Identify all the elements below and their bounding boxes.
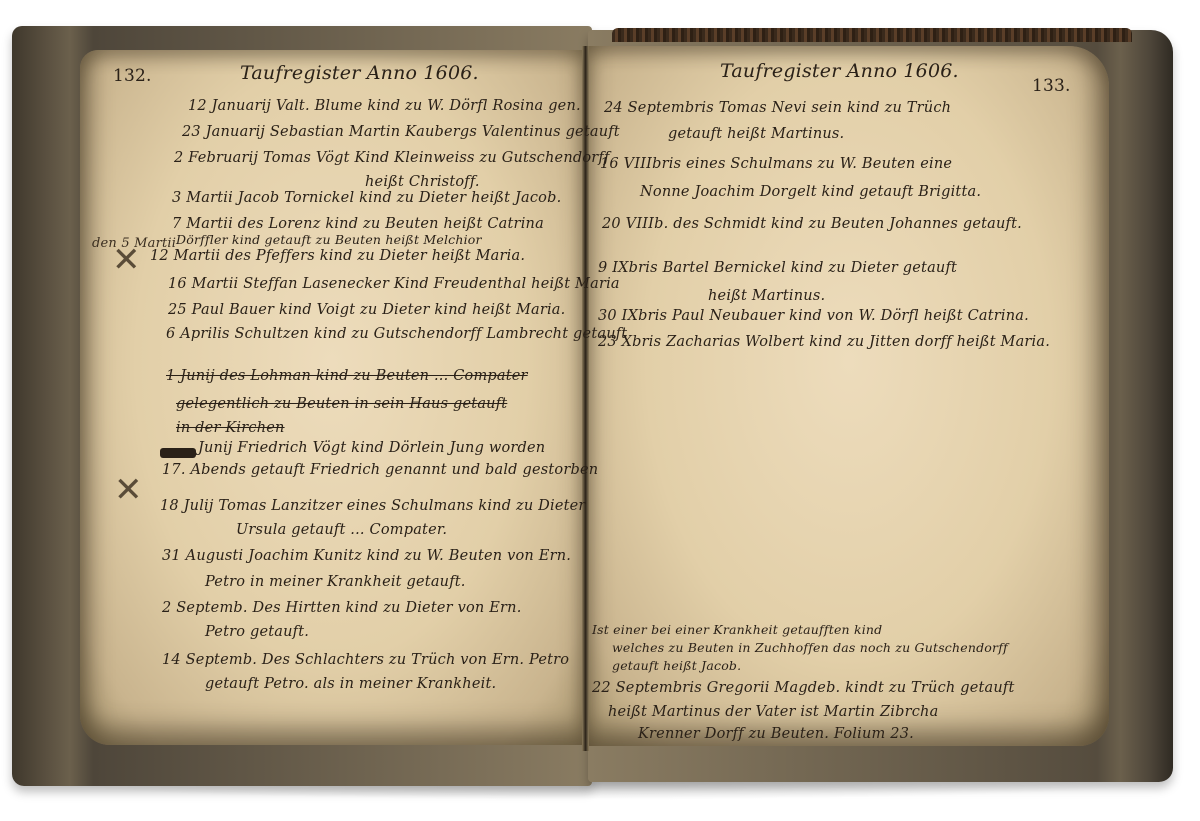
right-entry: 16 VIIIbris eines Schulmans zu W. Beuten… [600,156,952,172]
left-entry: Junij Friedrich Vögt kind Dörlein Jung w… [198,440,545,456]
left-entry: 18 Julij Tomas Lanzitzer eines Schulmans… [160,498,586,514]
left-entry: heißt Christoff. [365,174,480,190]
right-footer-entry: Ist einer bei einer Krankheit getaufften… [592,622,882,637]
left-entry: 16 Martii Steffan Lasenecker Kind Freude… [168,276,620,292]
left-entry: 2 Februarij Tomas Vögt Kind Kleinweiss z… [174,150,610,166]
left-entry: 7 Martii des Lorenz kind zu Beuten heißt… [172,216,544,232]
left-entry: 14 Septemb. Des Schlachters zu Trüch von… [162,652,569,668]
left-entry: 25 Paul Bauer kind Voigt zu Dieter kind … [168,302,565,318]
struck-entry: gelegentlich zu Beuten in sein Haus geta… [176,396,507,412]
left-entry: 12 Januarij Valt. Blume kind zu W. Dörfl… [188,98,581,114]
right-footer-entry: welches zu Beuten in Zuchhoffen das noch… [612,640,1008,655]
right-page-header: Taufregister Anno 1606. [720,60,959,82]
struck-entry: in der Kirchen [176,420,285,436]
right-entry: 23 Xbris Zacharias Wolbert kind zu Jitte… [598,334,1050,350]
ink-blot [160,448,196,458]
left-entry: getauft Petro. als in meiner Krankheit. [205,676,496,692]
left-entry: 6 Aprilis Schultzen kind zu Gutschendorf… [166,326,627,342]
left-entry: 2 Septemb. Des Hirtten kind zu Dieter vo… [162,600,522,616]
right-footer-entry: heißt Martinus der Vater ist Martin Zibr… [608,704,938,720]
struck-entry: 1 Junij des Lohman kind zu Beuten ... Co… [166,368,528,384]
left-entry: 12 Martii des Pfeffers kind zu Dieter he… [150,248,525,264]
right-footer-entry: getauft heißt Jacob. [612,658,741,673]
margin-cross-mark: ✕ [114,470,143,510]
right-footer-entry: Krenner Dorff zu Beuten. Folium 23. [638,726,914,742]
left-entry: Ursula getauft ... Compater. [236,522,447,538]
right-entry: getauft heißt Martinus. [668,126,844,142]
margin-cross-mark: ✕ [112,240,141,280]
right-entry: 9 IXbris Bartel Bernickel kind zu Dieter… [598,260,957,276]
left-entry: 17. Abends getauft Friedrich genannt und… [162,462,598,478]
left-entry: 3 Martii Jacob Tornickel kind zu Dieter … [172,190,561,206]
left-entry: Petro in meiner Krankheit getauft. [205,574,466,590]
left-entry: Dörffler kind getauft zu Beuten heißt Me… [176,232,482,247]
left-entry: Petro getauft. [205,624,309,640]
left-page-header: Taufregister Anno 1606. [240,62,479,84]
right-footer-entry: 22 Septembris Gregorii Magdeb. kindt zu … [592,680,1015,696]
right-entry: 24 Septembris Tomas Nevi sein kind zu Tr… [604,100,951,116]
left-page-number: 132. [113,66,152,86]
right-entry: Nonne Joachim Dorgelt kind getauft Brigi… [640,184,981,200]
left-entry: 31 Augusti Joachim Kunitz kind zu W. Beu… [162,548,571,564]
open-book: 132. Taufregister Anno 1606. 12 Januarij… [0,0,1200,821]
headband [612,28,1132,42]
left-entry: 23 Januarij Sebastian Martin Kaubergs Va… [182,124,620,140]
right-entry: 30 IXbris Paul Neubauer kind von W. Dörf… [598,308,1029,324]
right-page-number: 133. [1032,76,1071,96]
right-entry: 20 VIIIb. des Schmidt kind zu Beuten Joh… [602,216,1022,232]
right-entry: heißt Martinus. [708,288,825,304]
